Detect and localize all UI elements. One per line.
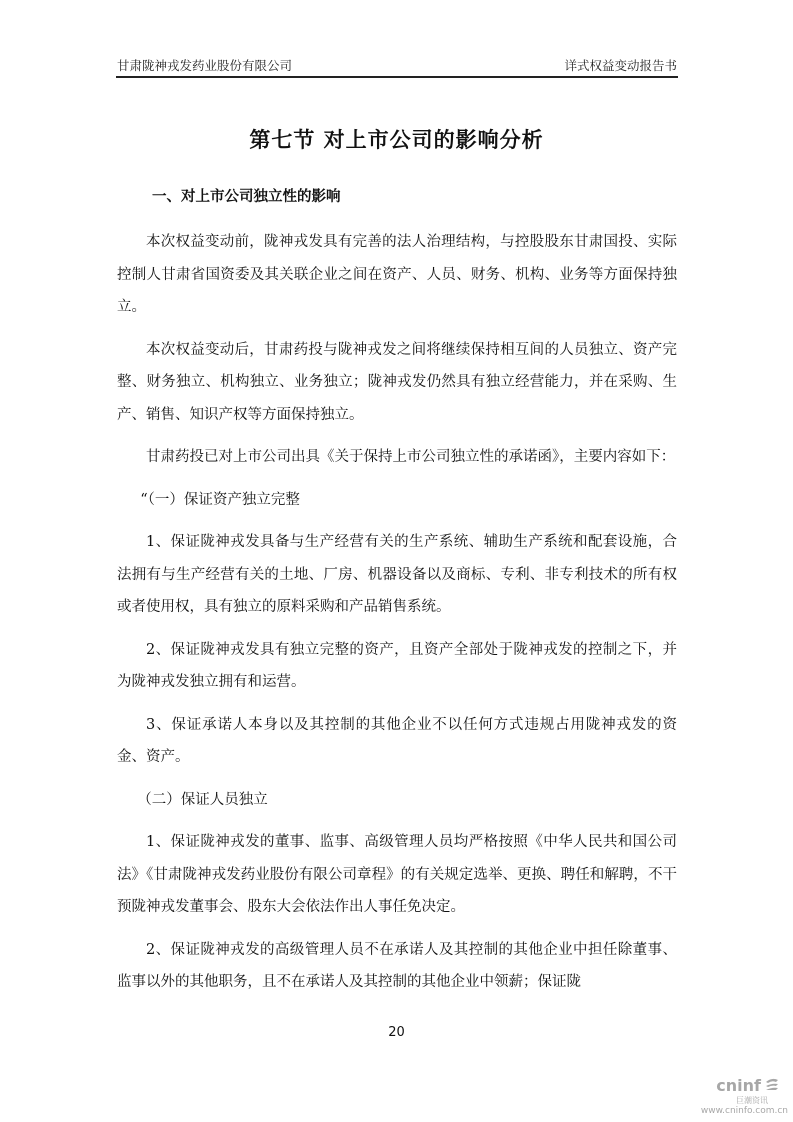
paragraph: 甘肃药投已对上市公司出具《关于保持上市公司独立性的承诺函》，主要内容如下： bbox=[117, 441, 677, 474]
subheading-asset-independence: “（一）保证资产独立完整 bbox=[117, 484, 677, 517]
paragraph: 本次权益变动前，陇神戎发具有完善的法人治理结构，与控股股东甘肃国投、实际控制人甘… bbox=[117, 226, 677, 324]
paragraph: 2、保证陇神戎发具有独立完整的资产，且资产全部处于陇神戎发的控制之下，并为陇神戎… bbox=[117, 634, 677, 699]
subheading-personnel-independence: （二）保证人员独立 bbox=[117, 784, 677, 817]
cninfo-watermark: cninf 巨潮资讯 www.cninfo.com.cn bbox=[678, 1076, 788, 1116]
paragraph: 本次权益变动后，甘肃药投与陇神戎发之间将继续保持相互间的人员独立、资产完整、财务… bbox=[117, 334, 677, 432]
document-body: 本次权益变动前，陇神戎发具有完善的法人治理结构，与控股股东甘肃国投、实际控制人甘… bbox=[117, 226, 677, 1009]
page-header: 甘肃陇神戎发药业股份有限公司 详式权益变动报告书 bbox=[117, 52, 677, 74]
header-document-title: 详式权益变动报告书 bbox=[564, 56, 677, 74]
paragraph: 1、保证陇神戎发的董事、监事、高级管理人员均严格按照《中华人民共和国公司法》《甘… bbox=[117, 826, 677, 924]
watermark-brand-cn: 巨潮资讯 bbox=[678, 1095, 788, 1106]
watermark-url: www.cninfo.com.cn bbox=[678, 1106, 788, 1116]
paragraph: 1、保证陇神戎发具备与生产经营有关的生产系统、辅助生产系统和配套设施，合法拥有与… bbox=[117, 526, 677, 624]
cninfo-logo-icon bbox=[764, 1076, 780, 1095]
chapter-title: 第七节 对上市公司的影响分析 bbox=[0, 124, 793, 154]
paragraph: 2、保证陇神戎发的高级管理人员不在承诺人及其控制的其他企业中担任除董事、监事以外… bbox=[117, 934, 677, 999]
watermark-brand: cninf bbox=[678, 1076, 788, 1095]
header-rule bbox=[116, 76, 678, 78]
header-company-name: 甘肃陇神戎发药业股份有限公司 bbox=[117, 56, 292, 74]
section-heading: 一、对上市公司独立性的影响 bbox=[152, 185, 341, 206]
page-number: 20 bbox=[0, 1025, 793, 1040]
paragraph: 3、保证承诺人本身以及其控制的其他企业不以任何方式违规占用陇神戎发的资金、资产。 bbox=[117, 709, 677, 774]
